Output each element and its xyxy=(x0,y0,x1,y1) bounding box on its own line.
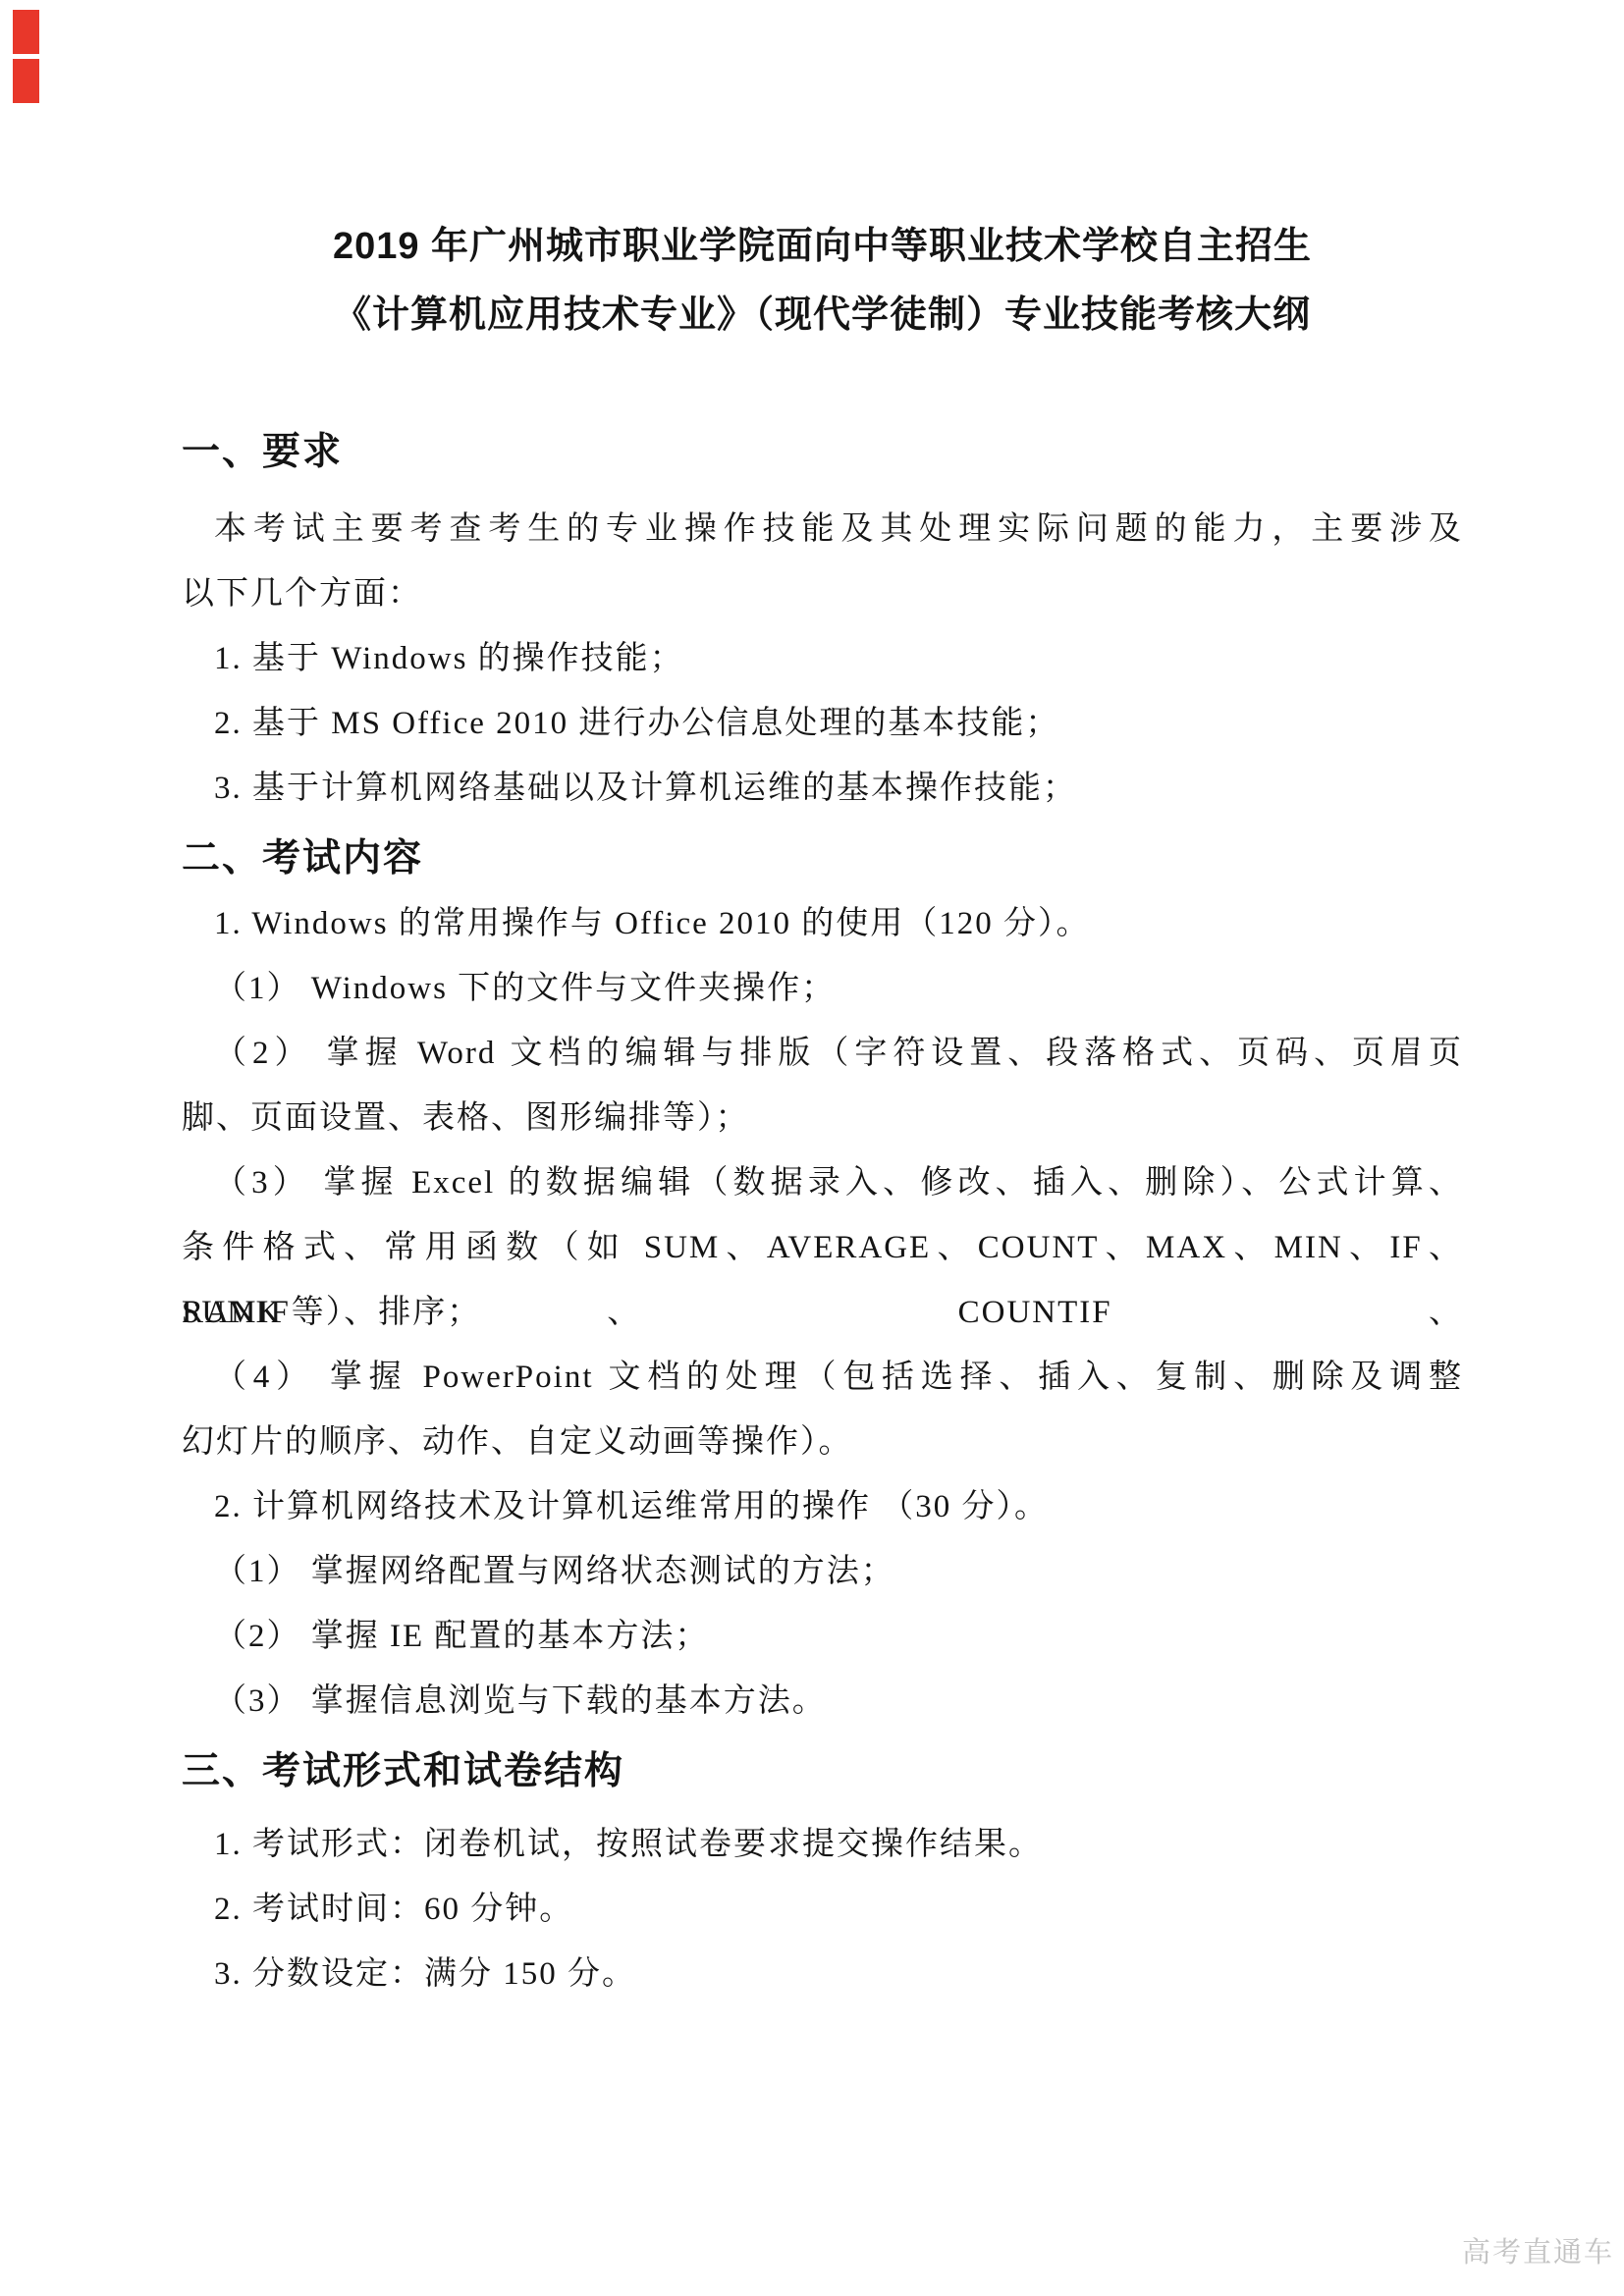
section-heading-requirements: 一、要求 xyxy=(182,420,1463,485)
body-line-list-item: （1） 掌握网络配置与网络状态测试的方法； xyxy=(182,1539,1463,1604)
body-line-list-item: 3. 分数设定：满分 150 分。 xyxy=(182,1942,1463,2006)
body-line-list-item: （2） 掌握 Word 文档的编辑与排版（字符设置、段落格式、页码、页眉页 xyxy=(182,1021,1463,1086)
body-line: 脚、页面设置、表格、图形编排等）； xyxy=(182,1086,1463,1150)
body-line: 以下几个方面： xyxy=(182,561,1463,626)
body-line-list-item: 2. 考试时间：60 分钟。 xyxy=(182,1877,1463,1942)
body-line: 本考试主要考查考生的专业操作技能及其处理实际问题的能力，主要涉及 xyxy=(182,497,1463,561)
body-line-list-item: 1. Windows 的常用操作与 Office 2010 的使用（120 分）… xyxy=(182,891,1463,956)
document-title-line-1: 2019 年广州城市职业学院面向中等职业技术学校自主招生 xyxy=(182,212,1463,281)
body-line-list-item: 1. 基于 Windows 的操作技能； xyxy=(182,626,1463,691)
red-corner-mark-bottom xyxy=(13,59,39,103)
body-line-list-item: 2. 基于 MS Office 2010 进行办公信息处理的基本技能； xyxy=(182,691,1463,756)
body-line-list-item: 3. 基于计算机网络基础以及计算机运维的基本操作技能； xyxy=(182,756,1463,821)
watermark: 高考直通车 xyxy=(1462,2230,1614,2270)
body-line-list-item: 2. 计算机网络技术及计算机运维常用的操作 （30 分）。 xyxy=(182,1474,1463,1539)
section-heading-exam-format: 三、考试形式和试卷结构 xyxy=(182,1739,1463,1804)
body-line: 条件格式、常用函数（如 SUM、AVERAGE、COUNT、MAX、MIN、IF… xyxy=(182,1215,1463,1280)
body-line: 幻灯片的顺序、动作、自定义动画等操作）。 xyxy=(182,1410,1463,1474)
body-line-list-item: （1） Windows 下的文件与文件夹操作； xyxy=(182,956,1463,1021)
body-line-list-item: （3） 掌握 Excel 的数据编辑（数据录入、修改、插入、删除）、公式计算、 xyxy=(182,1150,1463,1215)
red-corner-mark-top xyxy=(13,10,39,54)
document-body: 2019 年广州城市职业学院面向中等职业技术学校自主招生 《计算机应用技术专业》… xyxy=(182,0,1463,2006)
body-line-list-item: （4） 掌握 PowerPoint 文档的处理（包括选择、插入、复制、删除及调整 xyxy=(182,1345,1463,1410)
body-line-list-item: 1. 考试形式：闭卷机试，按照试卷要求提交操作结果。 xyxy=(182,1812,1463,1877)
document-page: 2019 年广州城市职业学院面向中等职业技术学校自主招生 《计算机应用技术专业》… xyxy=(0,0,1624,2296)
section-heading-exam-content: 二、考试内容 xyxy=(182,827,1463,891)
body-line-list-item: （2） 掌握 IE 配置的基本方法； xyxy=(182,1604,1463,1669)
body-line-list-item: （3） 掌握信息浏览与下载的基本方法。 xyxy=(182,1669,1463,1734)
document-title-line-2: 《计算机应用技术专业》（现代学徒制）专业技能考核大纲 xyxy=(182,281,1463,349)
